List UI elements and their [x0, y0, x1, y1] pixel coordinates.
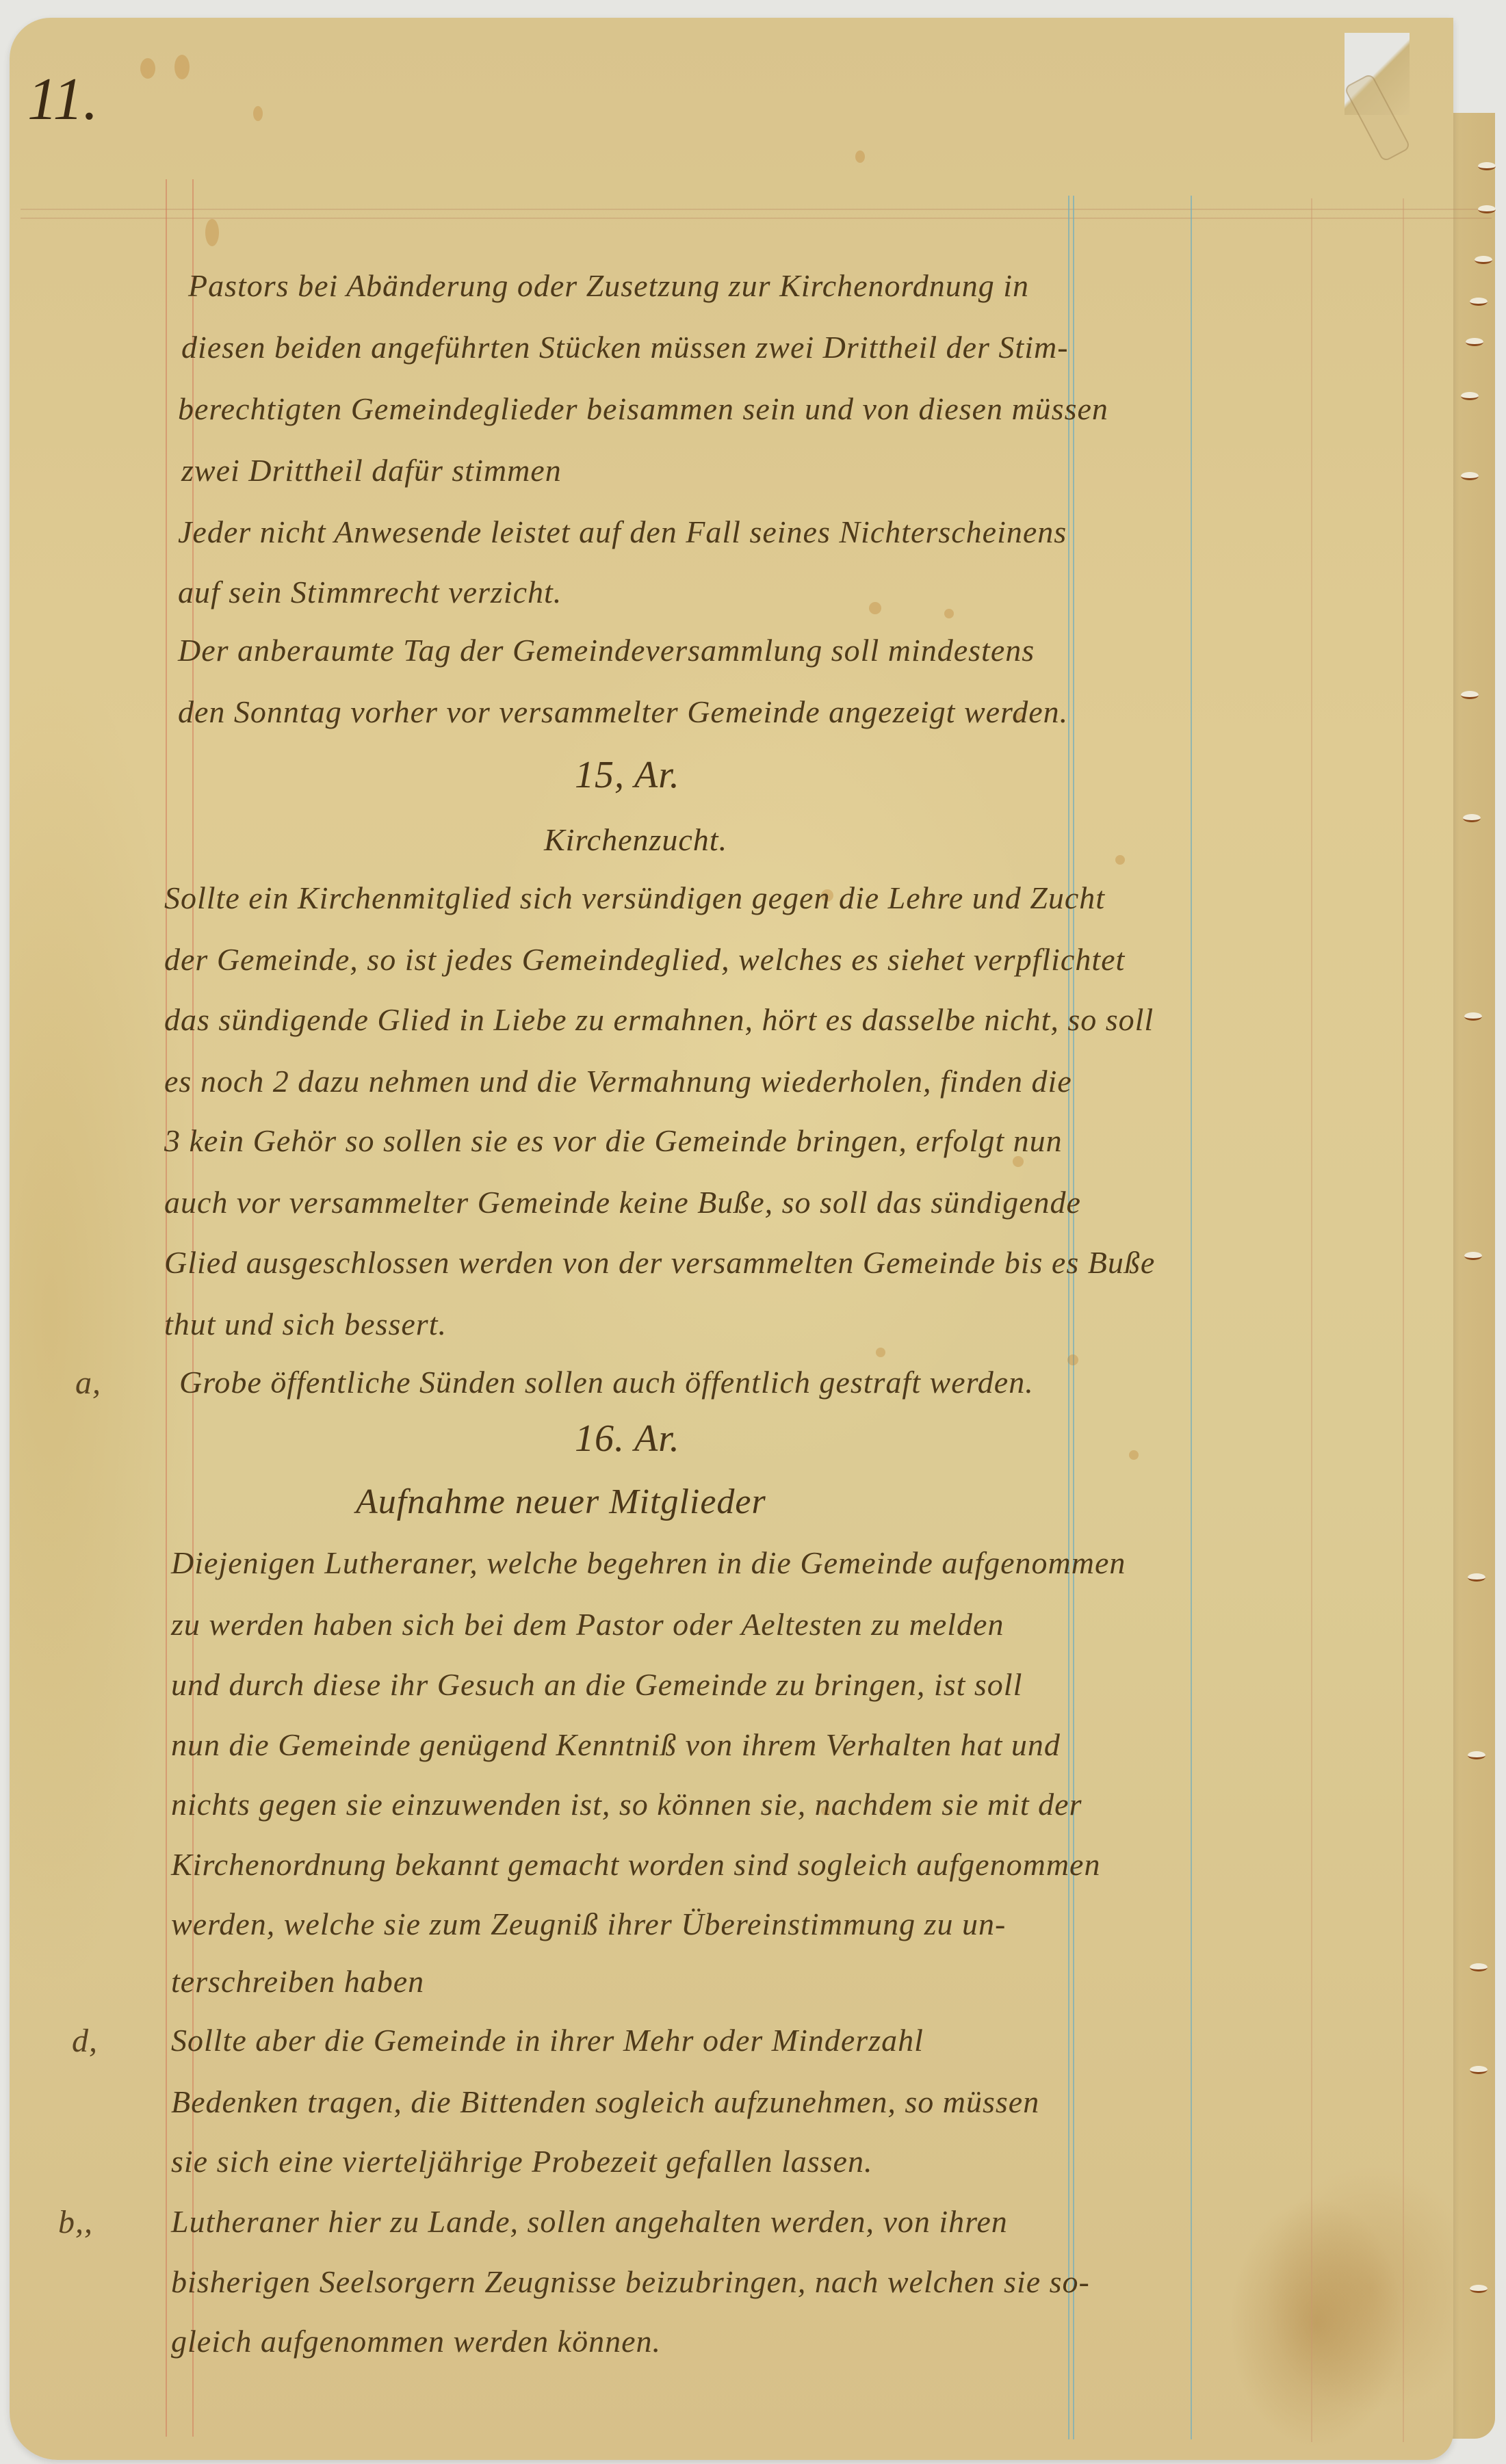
text-line: gleich aufgenommen werden können.: [171, 2326, 661, 2357]
foxing-spot: [253, 106, 263, 121]
binding-hole: [1470, 298, 1488, 306]
binding-hole: [1470, 2066, 1488, 2074]
foxing-spot: [1129, 1450, 1139, 1460]
text-line: es noch 2 dazu nehmen und die Vermahnung…: [164, 1066, 1072, 1097]
text-line: Lutheraner hier zu Lande, sollen angehal…: [171, 2206, 1008, 2238]
column-rule-orange-2: [1403, 198, 1404, 2442]
foxing-spot: [1067, 1354, 1078, 1365]
text-line: diesen beiden angeführten Stücken müssen…: [181, 332, 1069, 363]
margin-note: b,,: [58, 2206, 93, 2239]
margin-note: a,: [75, 1367, 101, 1400]
page-number: 11.: [27, 65, 98, 134]
binding-hole: [1478, 162, 1496, 170]
text-line: nichts gegen sie einzuwenden ist, so kön…: [171, 1789, 1082, 1820]
binding-hole: [1461, 691, 1479, 699]
text-line: und durch diese ihr Gesuch an die Gemein…: [171, 1669, 1022, 1701]
text-line: Kirchenordnung bekannt gemacht worden si…: [171, 1849, 1100, 1880]
foxing-spot: [174, 55, 190, 79]
text-line: Pastors bei Abänderung oder Zusetzung zu…: [188, 270, 1029, 302]
top-rule-1: [21, 209, 1492, 210]
binding-hole: [1468, 1751, 1485, 1759]
foxing-spot: [1115, 855, 1125, 865]
text-line: thut und sich bessert.: [164, 1309, 447, 1340]
text-line: zu werden haben sich bei dem Pastor oder…: [171, 1609, 1004, 1640]
binding-hole: [1461, 472, 1479, 480]
article-16-number: 16. Ar.: [575, 1419, 680, 1458]
text-line: der Gemeinde, so ist jedes Gemeindeglied…: [164, 944, 1125, 975]
top-rule-2: [21, 218, 1492, 219]
binding-hole: [1470, 1963, 1488, 1971]
binding-hole: [1464, 1012, 1482, 1021]
column-rule-blue-2: [1073, 196, 1074, 2439]
text-line: nun die Gemeinde genügend Kenntniß von i…: [171, 1729, 1061, 1761]
foxing-spot: [140, 58, 155, 79]
text-line: zwei Drittheil dafür stimmen: [181, 455, 562, 486]
binding-hole: [1468, 1573, 1485, 1582]
binding-hole: [1475, 256, 1492, 264]
text-line: Glied ausgeschlossen werden von der vers…: [164, 1247, 1155, 1279]
column-rule-orange-1: [1311, 198, 1312, 2442]
text-line: auf sein Stimmrecht verzicht.: [178, 577, 562, 608]
binding-hole: [1470, 2285, 1488, 2293]
text-line: terschreiben haben: [171, 1966, 424, 1997]
column-rule-blue-3: [1191, 196, 1192, 2439]
text-line: berechtigten Gemeindeglieder beisammen s…: [178, 393, 1108, 425]
foxing-spot: [869, 602, 881, 614]
article-15-number: 15, Ar.: [575, 756, 680, 794]
text-line: werden, welche sie zum Zeugniß ihrer Übe…: [171, 1909, 1006, 1940]
column-rule-blue-1: [1068, 196, 1069, 2439]
margin-note: d,: [72, 2025, 98, 2058]
binding-hole: [1466, 338, 1483, 346]
foxing-spot: [944, 609, 954, 618]
text-line: Sollte ein Kirchenmitglied sich versündi…: [164, 882, 1105, 914]
text-line: Bedenken tragen, die Bittenden sogleich …: [171, 2086, 1039, 2118]
text-line: Sollte aber die Gemeinde in ihrer Mehr o…: [171, 2025, 924, 2056]
text-line: Der anberaumte Tag der Gemeindeversammlu…: [178, 635, 1035, 666]
text-line: auch vor versammelter Gemeinde keine Buß…: [164, 1187, 1081, 1218]
article-16-title: Aufnahme neuer Mitglieder: [356, 1484, 766, 1520]
binding-hole: [1463, 814, 1481, 822]
article-15-title: Kirchenzucht.: [544, 824, 727, 856]
text-line: bisherigen Seelsorgern Zeugnisse beizubr…: [171, 2266, 1090, 2298]
foxing-spot: [876, 1348, 885, 1357]
binding-hole: [1464, 1252, 1482, 1260]
binding-hole: [1478, 205, 1496, 213]
text-line: Grobe öffentliche Sünden sollen auch öff…: [179, 1367, 1034, 1398]
text-line: Diejenigen Lutheraner, welche begehren i…: [171, 1547, 1126, 1579]
foxing-spot: [855, 150, 865, 163]
text-line: sie sich eine vierteljährige Probezeit g…: [171, 2146, 872, 2177]
foxing-spot: [205, 219, 219, 246]
text-line: 3 kein Gehör so sollen sie es vor die Ge…: [164, 1125, 1063, 1157]
text-line: Jeder nicht Anwesende leistet auf den Fa…: [178, 516, 1067, 548]
text-line: den Sonntag vorher vor versammelter Geme…: [178, 696, 1068, 728]
binding-hole: [1461, 392, 1479, 400]
text-line: das sündigende Glied in Liebe zu ermahne…: [164, 1004, 1154, 1036]
